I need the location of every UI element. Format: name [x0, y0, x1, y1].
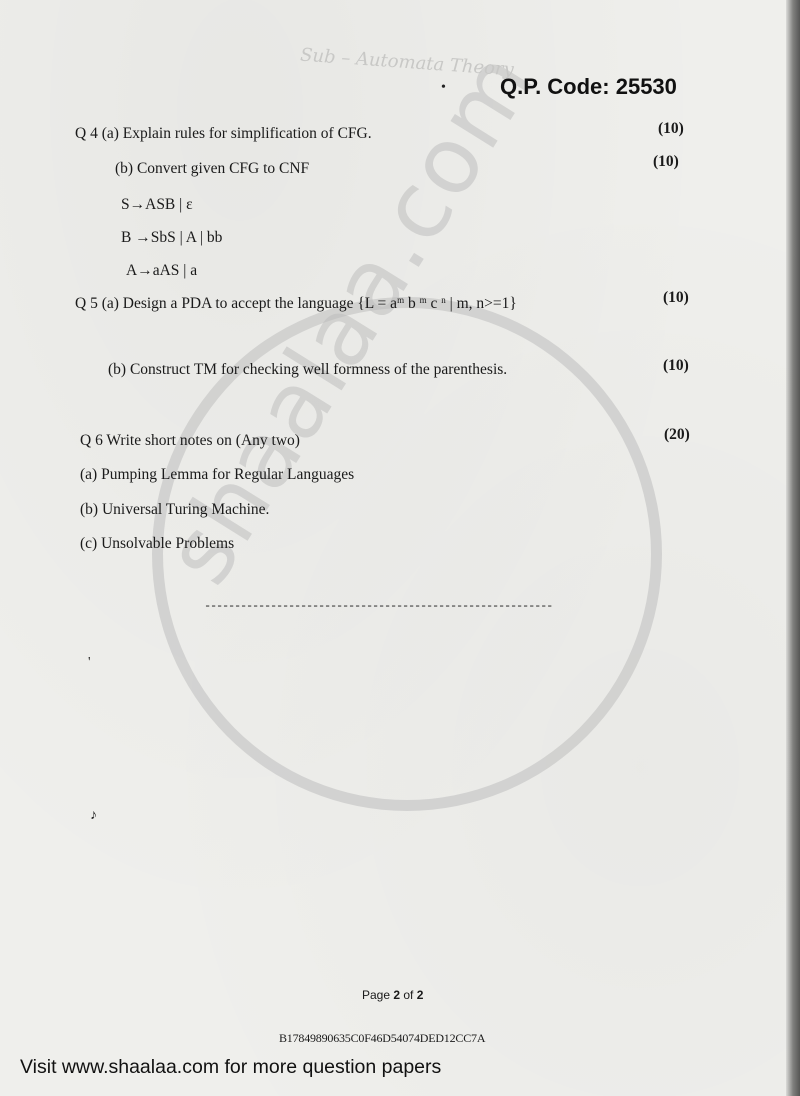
footer-link-text: Visit www.shaalaa.com for more question …	[20, 1056, 441, 1079]
page-of-label: of	[400, 988, 417, 1002]
superscript-m: m	[420, 295, 427, 305]
question-paper-code: Q.P. Code: 25530	[500, 74, 677, 100]
q4a-text: Q 4 (a) Explain rules for simplification…	[75, 125, 372, 143]
q6-item-b: (b) Universal Turing Machine.	[80, 501, 269, 519]
q5a-text-b: b	[404, 295, 420, 312]
scan-speck: '	[88, 655, 91, 671]
q4b-text: (b) Convert given CFG to CNF	[115, 160, 309, 178]
page-label: Page	[362, 988, 393, 1002]
grammar-rule-s: S→ASB | ε	[121, 196, 193, 214]
q6-marks: (20)	[664, 426, 690, 444]
q5a-marks: (10)	[663, 289, 689, 307]
document-hash: B17849890635C0F46D54074DED12CC7A	[279, 1031, 485, 1046]
q4b-marks: (10)	[653, 153, 679, 171]
q6-item-a: (a) Pumping Lemma for Regular Languages	[80, 466, 354, 484]
q5b-text: (b) Construct TM for checking well formn…	[108, 361, 507, 379]
grammar-rule-a: A→aAS | a	[126, 262, 197, 280]
q5a-text-prefix: Q 5 (a) Design a PDA to accept the langu…	[75, 295, 397, 312]
q6-item-c: (c) Unsolvable Problems	[80, 535, 234, 553]
page-total: 2	[417, 988, 424, 1002]
q5b-marks: (10)	[663, 357, 689, 375]
scan-edge-shadow	[786, 0, 800, 1096]
q4a-marks: (10)	[658, 120, 684, 138]
scan-speck: •	[441, 80, 446, 96]
grammar-rule-b: B →SbS | A | bb	[121, 229, 222, 247]
end-divider: ----------------------------------------…	[204, 599, 552, 613]
q5a-text-suffix: | m, n>=1}	[446, 295, 517, 312]
page-indicator: Page 2 of 2	[362, 988, 423, 1002]
q6-text: Q 6 Write short notes on (Any two)	[80, 432, 300, 450]
scan-speck: ♪	[90, 808, 97, 824]
q5a-text: Q 5 (a) Design a PDA to accept the langu…	[75, 295, 517, 313]
q5a-text-c: c	[427, 295, 442, 312]
